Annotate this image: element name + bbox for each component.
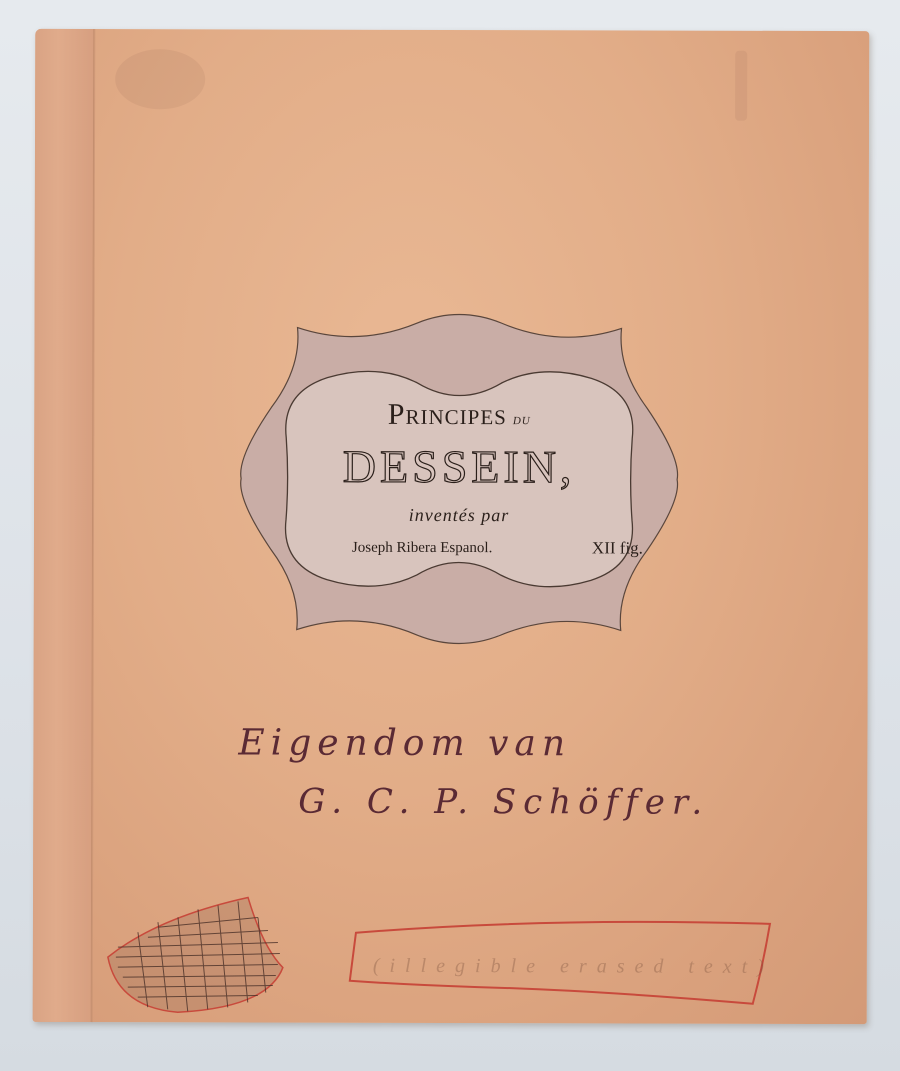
title-du-text: du <box>513 412 531 428</box>
ownership-inscription-line2: G. C. P. Schöffer. <box>298 782 709 823</box>
book-cover: Principesdu DESSEIN, inventés par Joseph… <box>33 29 870 1024</box>
book-spine <box>33 29 95 1022</box>
ownership-inscription-line1: Eigendom van <box>238 722 571 764</box>
erased-text: (illegible erased text) <box>373 955 774 979</box>
title-dessein: DESSEIN, <box>237 439 681 493</box>
stain <box>115 49 205 109</box>
ink-scribble <box>98 887 288 1015</box>
title-label: Principesdu DESSEIN, inventés par Joseph… <box>237 307 682 650</box>
title-inventes-par: inventés par <box>237 504 681 526</box>
title-line-principes: Principesdu <box>237 397 681 432</box>
title-principes-text: Principes <box>388 398 507 431</box>
figure-count: XII fig. <box>592 538 643 558</box>
author-name: Joseph Ribera Espanol. <box>352 540 492 557</box>
stain <box>735 51 747 121</box>
